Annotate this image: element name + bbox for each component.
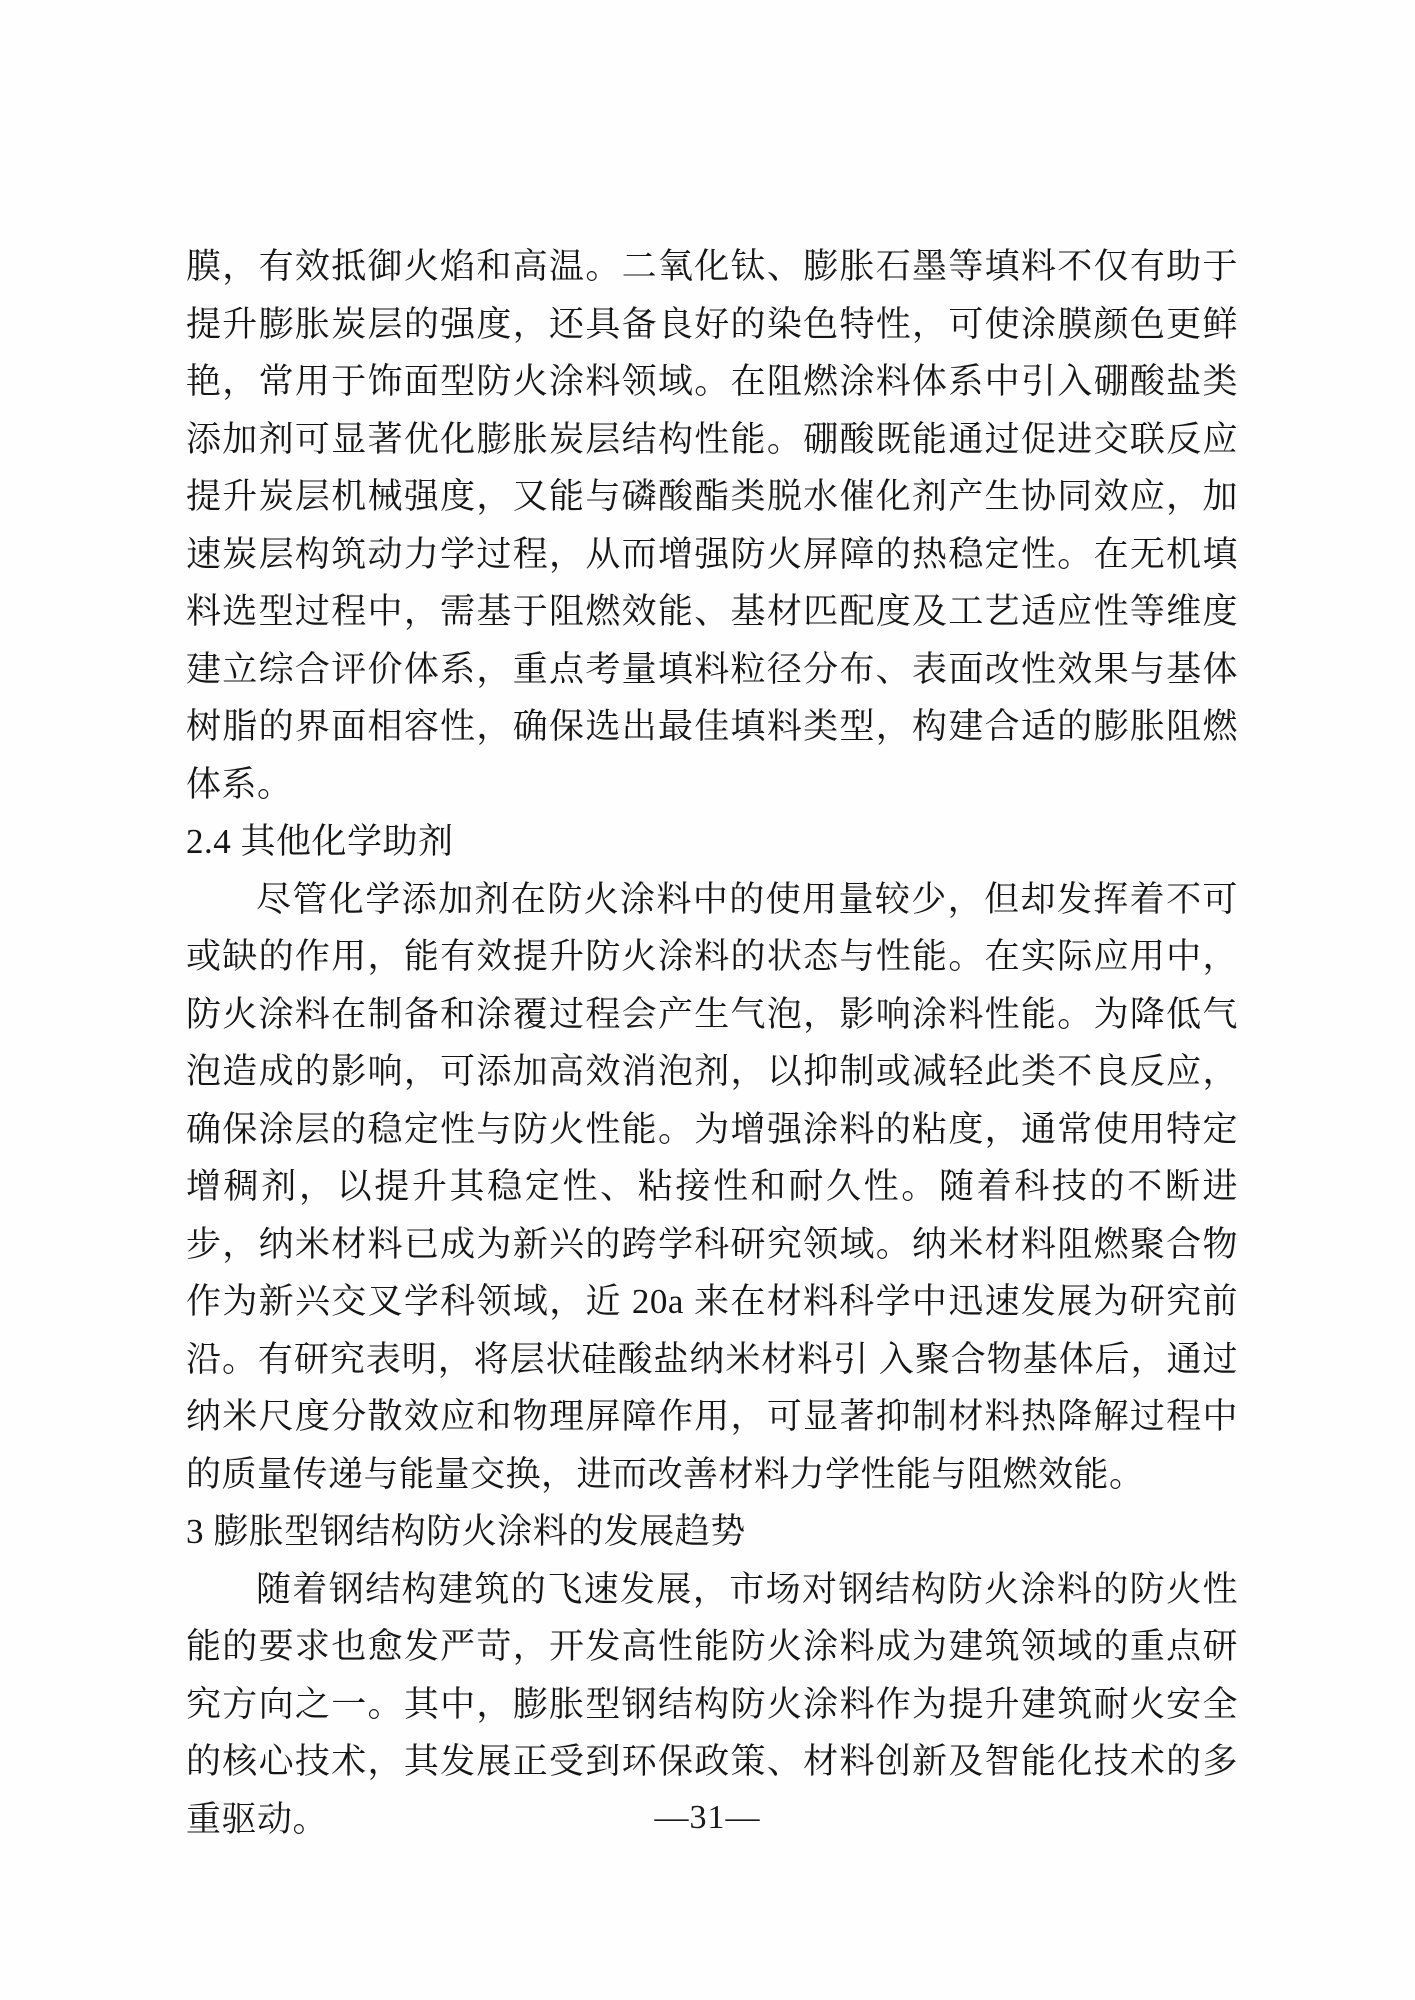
section-heading-3: 3 膨胀型钢结构防火涂料的发展趋势 [186,1503,1238,1561]
document-page: 膜，有效抵御火焰和高温。二氧化钛、膨胀石墨等填料不仅有助于提升膨胀炭层的强度，还… [0,0,1415,2000]
page-footer: —31— [0,1799,1415,1837]
body-paragraph-fillers: 膜，有效抵御火焰和高温。二氧化钛、膨胀石墨等填料不仅有助于提升膨胀炭层的强度，还… [186,238,1238,813]
page-body: 膜，有效抵御火焰和高温。二氧化钛、膨胀石墨等填料不仅有助于提升膨胀炭层的强度，还… [186,238,1238,1848]
section-heading-2-4: 2.4 其他化学助剂 [186,813,1238,871]
page-number: —31— [655,1799,761,1836]
body-paragraph-chemical-additives: 尽管化学添加剂在防火涂料中的使用量较少，但却发挥着不可或缺的作用，能有效提升防火… [186,871,1238,1504]
